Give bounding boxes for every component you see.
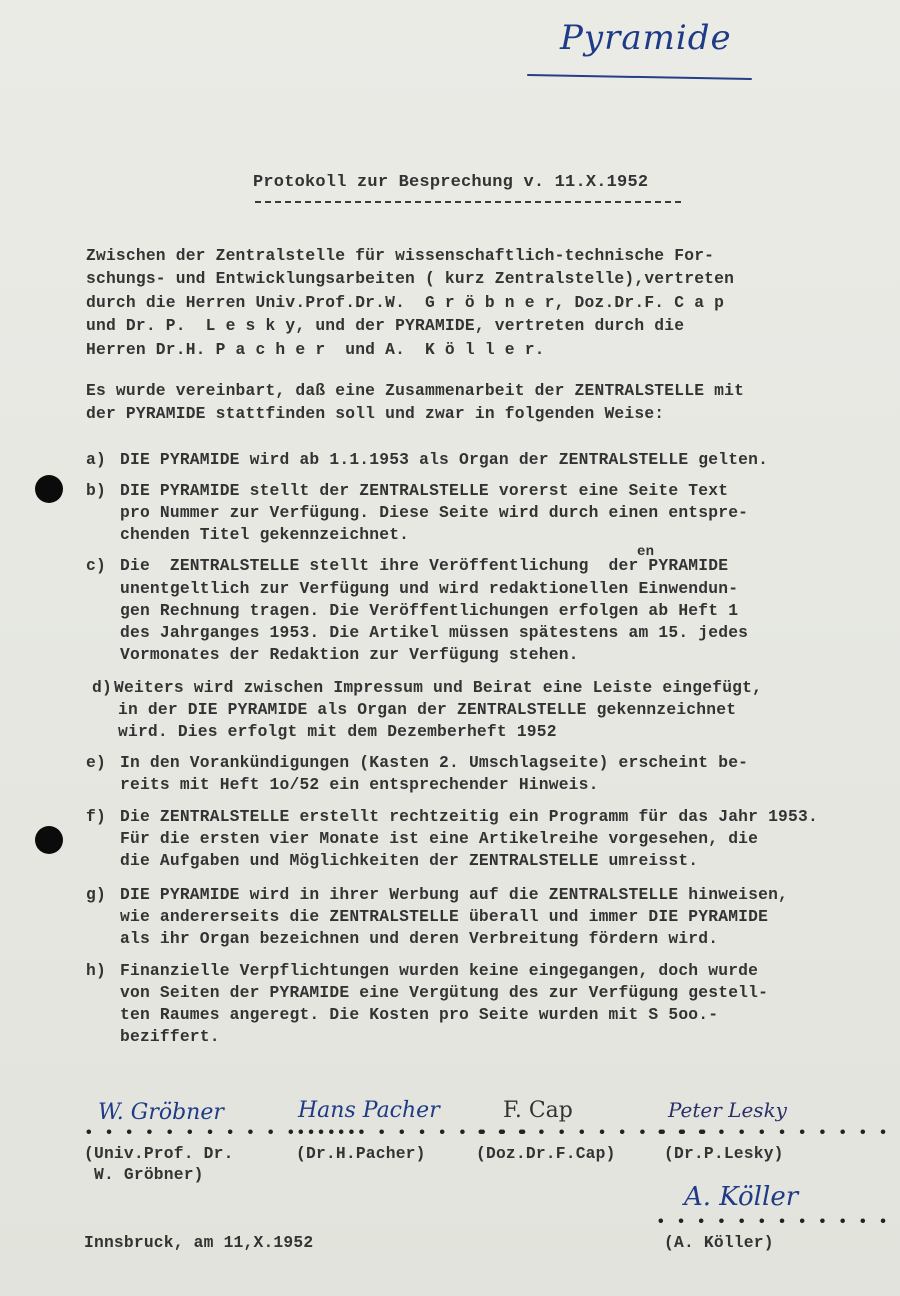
handwritten-signature: W. Gröbner (98, 1100, 224, 1125)
item-line: In den Vorankündigungen (Kasten 2. Umsch… (120, 752, 748, 773)
item-marker: b) (86, 480, 106, 501)
document-page: Pyramide Protokoll zur Besprechung v. 11… (0, 0, 900, 1296)
item-line: die Aufgaben und Möglichkeiten der ZENTR… (120, 850, 698, 871)
signature-name: W. Gröbner) (84, 1164, 204, 1185)
item-line: Für die ersten vier Monate ist eine Arti… (120, 828, 758, 849)
item-line: wird. Dies erfolgt mit dem Dezemberheft … (118, 721, 557, 742)
intro-line: Herren Dr.H. P a c h e r und A. K ö l l … (86, 339, 545, 360)
handwritten-underline (527, 74, 752, 80)
signature-name: (Univ.Prof. Dr. (84, 1143, 234, 1164)
item-marker: a) (86, 449, 106, 470)
title-underline (255, 201, 681, 203)
place-and-date: Innsbruck, am 11,X.1952 (84, 1232, 313, 1253)
item-line: wie andererseits die ZENTRALSTELLE übera… (120, 906, 768, 927)
item-line: DIE PYRAMIDE stellt der ZENTRALSTELLE vo… (120, 480, 728, 501)
item-line: von Seiten der PYRAMIDE eine Vergütung d… (120, 982, 768, 1003)
punch-hole (35, 826, 63, 854)
item-line: Die ZENTRALSTELLE erstellt rechtzeitig e… (120, 806, 818, 827)
item-line: Weiters wird zwischen Impressum und Beir… (114, 677, 762, 698)
item-line: DIE PYRAMIDE wird in ihrer Werbung auf d… (120, 884, 788, 905)
item-line: in der DIE PYRAMIDE als Organ der ZENTRA… (118, 699, 736, 720)
item-marker: h) (86, 960, 106, 981)
item-line: pro Nummer zur Verfügung. Diese Seite wi… (120, 502, 748, 523)
signature-name: (A. Köller) (664, 1232, 774, 1253)
punch-hole (35, 475, 63, 503)
signature-dotted-line: • • • • • • • • • • • • (656, 1213, 888, 1231)
intro-line: und Dr. P. L e s k y, und der PYRAMIDE, … (86, 315, 684, 336)
item-line: Finanzielle Verpflichtungen wurden keine… (120, 960, 758, 981)
signature-name: (Doz.Dr.F.Cap) (476, 1143, 616, 1164)
handwritten-signature: Peter Lesky (668, 1098, 787, 1122)
item-line: Vormonates der Redaktion zur Verfügung s… (120, 644, 579, 665)
item-marker: d) (92, 677, 112, 698)
intro-line: schungs- und Entwicklungsarbeiten ( kurz… (86, 268, 734, 289)
signature-name: (Dr.P.Lesky) (664, 1143, 784, 1164)
handwritten-insertion: en (637, 542, 654, 563)
item-line: gen Rechnung tragen. Die Veröffentlichun… (120, 600, 738, 621)
item-marker: e) (86, 752, 106, 773)
item-line: als ihr Organ bezeichnen und deren Verbr… (120, 928, 718, 949)
handwritten-signature: Hans Pacher (298, 1098, 440, 1123)
item-line: des Jahrganges 1953. Die Artikel müssen … (120, 622, 748, 643)
intro-line: durch die Herren Univ.Prof.Dr.W. G r ö b… (86, 292, 724, 313)
item-line: beziffert. (120, 1026, 220, 1047)
handwritten-header: Pyramide (560, 18, 732, 58)
signature-dotted-line: • • • • • • • • • • • • (656, 1124, 888, 1142)
item-marker: f) (86, 806, 106, 827)
handwritten-signature: A. Köller (684, 1182, 798, 1212)
signature-name: (Dr.H.Pacher) (296, 1143, 426, 1164)
item-line: reits mit Heft 1o/52 ein entsprechender … (120, 774, 599, 795)
document-title: Protokoll zur Besprechung v. 11.X.1952 (253, 172, 648, 193)
item-line: DIE PYRAMIDE wird ab 1.1.1953 als Organ … (120, 449, 768, 470)
item-line: unentgeltlich zur Verfügung und wird red… (120, 578, 738, 599)
item-line: ten Raumes angeregt. Die Kosten pro Seit… (120, 1004, 718, 1025)
agreement-line: Es wurde vereinbart, daß eine Zusammenar… (86, 380, 744, 401)
item-marker: g) (86, 884, 106, 905)
intro-line: Zwischen der Zentralstelle für wissensch… (86, 245, 714, 266)
item-line: chenden Titel gekennzeichnet. (120, 524, 409, 545)
handwritten-signature: F. Cap (503, 1098, 573, 1123)
item-marker: c) (86, 555, 106, 576)
agreement-line: der PYRAMIDE stattfinden soll und zwar i… (86, 403, 664, 424)
